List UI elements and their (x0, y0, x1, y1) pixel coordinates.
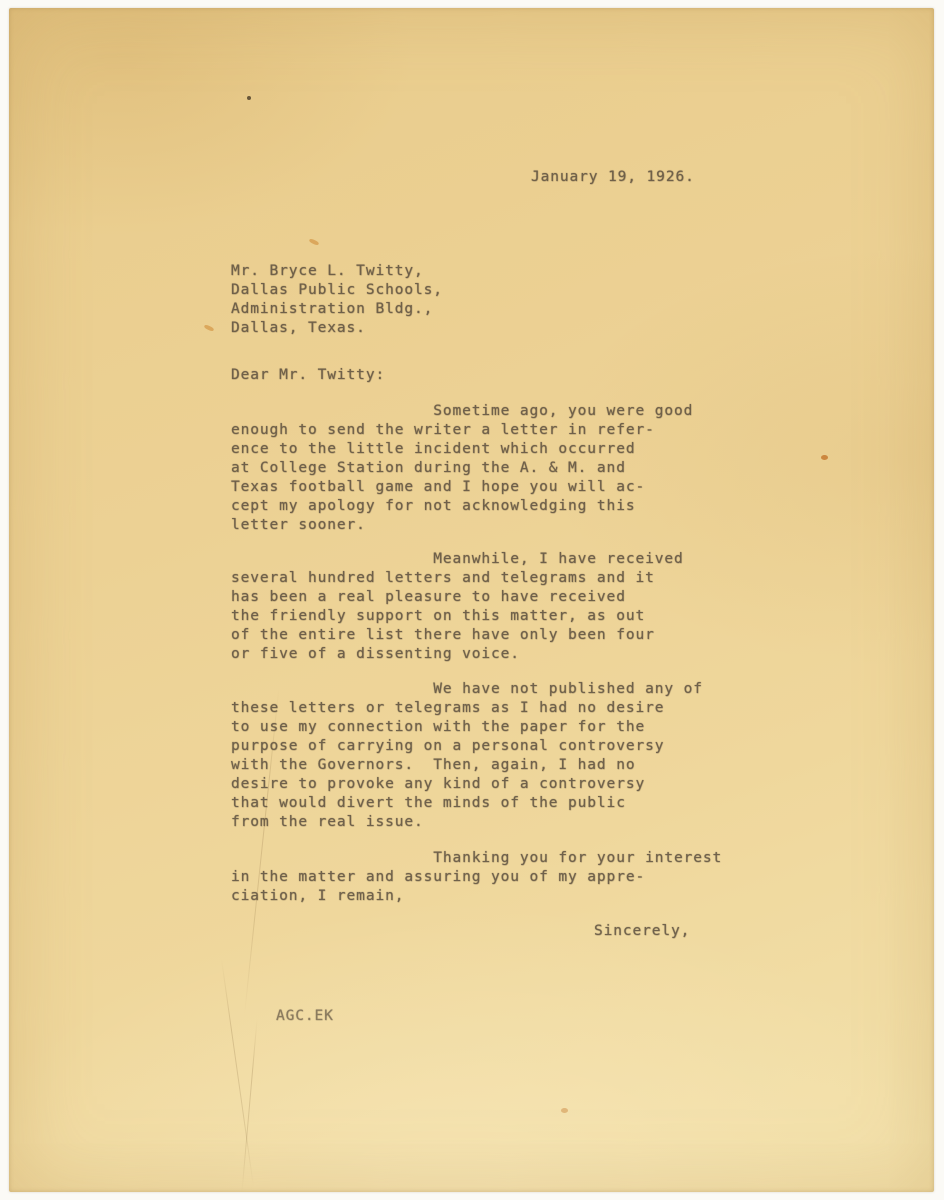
paragraph-4: Thanking you for your interest in the ma… (231, 849, 894, 906)
recipient-address: Mr. Bryce L. Twitty, Dallas Public Schoo… (231, 262, 894, 338)
closing-sincerely: Sincerely, (594, 922, 894, 941)
scanned-letter: January 19, 1926. Mr. Bryce L. Twitty, D… (0, 0, 944, 1200)
paragraph-3: We have not published any of these lette… (231, 680, 894, 832)
letter-date: January 19, 1926. (531, 168, 894, 187)
typist-initials: AGC.EK (276, 1007, 894, 1026)
letter-body: January 19, 1926. Mr. Bryce L. Twitty, D… (9, 8, 934, 1192)
paragraph-2: Meanwhile, I have received several hundr… (231, 550, 894, 664)
salutation: Dear Mr. Twitty: (231, 366, 894, 385)
paper-sheet: January 19, 1926. Mr. Bryce L. Twitty, D… (9, 8, 934, 1192)
paragraph-1: Sometime ago, you were good enough to se… (231, 402, 894, 535)
